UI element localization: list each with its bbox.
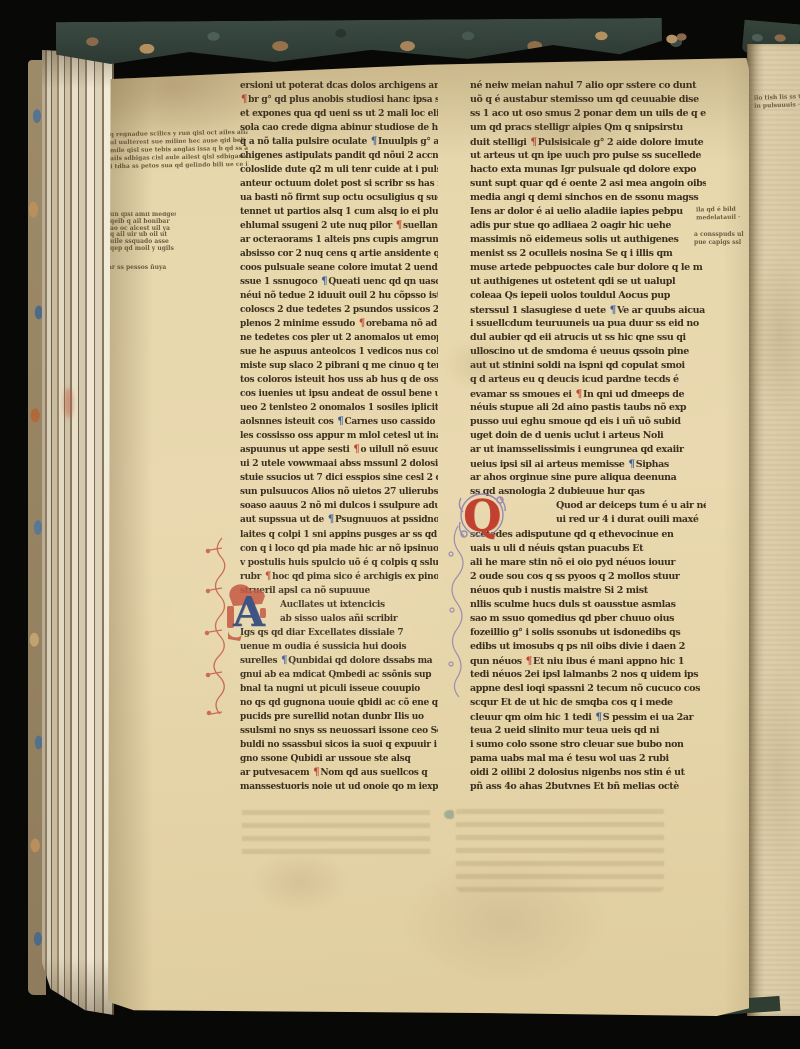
text-line: v postulis huis spulcio uõ é q colpis q … xyxy=(240,556,438,570)
text-line: tennet ut partios alsq 1 cum alsq io ei … xyxy=(240,205,438,219)
text-line: pama uabs mal ma é tesu wol uas 2 rubi xyxy=(470,752,706,766)
text-line: ulloscino ut de smdoma é ueuus qssoin pi… xyxy=(470,345,706,359)
text-line: media angi q demi sinchos en de ssonu ma… xyxy=(470,191,706,205)
text-line: gnui ab ea mdicat Qmbedi ac ssõnis sup xyxy=(240,668,438,682)
margin-note-line: ar ss pessos ñuya xyxy=(108,264,182,272)
pilcrow-mark: ¶ xyxy=(594,710,602,723)
text-line: scqur Et de ut hic de smqba cos q i mede xyxy=(470,696,706,710)
text-line: ¶br g° qd plus anobis studiosi hanc ipsa… xyxy=(240,93,438,107)
text-line: pñ ass 4o ahas 2butvnes Et bñ melias oct… xyxy=(470,780,706,794)
text-line: coloscs 2 due tedetes 2 psundos ussicos … xyxy=(240,303,438,317)
text-line: duit stelligi ¶Pulsisicale g° 2 aide dol… xyxy=(470,135,706,149)
initial-letter-A: A xyxy=(233,588,265,636)
pilcrow-mark: ¶ xyxy=(280,655,288,666)
page-edge-stack xyxy=(42,50,114,1016)
text-line: qun néuos ¶Et niu ibus é mani appno hic … xyxy=(470,654,706,668)
text-line: ersioni ut poterat dcas dolos archigens … xyxy=(240,79,438,93)
text-line: ar putvesacem ¶Nom qd aus suellcos q xyxy=(240,766,438,780)
text-line: aut supssua ut de ¶Psugnuuos at pssidnos xyxy=(240,513,438,527)
manuscript-book: ilo tish lis ss toin pulsuuuis · q regna… xyxy=(28,20,800,1016)
pilcrow-mark: ¶ xyxy=(609,303,617,316)
text-line: bnal ta nugni ut piculi isseue couupio xyxy=(240,682,438,696)
text-line: i sumo colo ssone stro cleuar sue bubo n… xyxy=(470,738,706,752)
purple-filigree-tail xyxy=(446,524,468,699)
margin-note-right-2: a consspuds ul nepue capigs ssl xyxy=(694,231,746,247)
pilcrow-mark: ¶ xyxy=(529,135,537,148)
pilcrow-mark: ¶ xyxy=(320,276,328,287)
pilcrow-mark: ¶ xyxy=(240,94,248,105)
text-line: ua basti nõ firmt sup octu ocsuligius q … xyxy=(240,191,438,205)
text-line: ar ut inamsselissimis i eungrunea qd exa… xyxy=(470,443,706,457)
text-line: aolsnnes isteuit cos ¶Carnes uso cassido… xyxy=(240,415,438,429)
text-line: coloslide dute q2 m uli tenr cuide at i … xyxy=(240,163,438,177)
pilcrow-mark: ¶ xyxy=(525,654,533,667)
text-line: q a nõ talia pulsire oculate ¶Inuulpis g… xyxy=(240,135,438,149)
text-line: edibs ut imosubs q ps nil oibs divie i d… xyxy=(470,640,706,654)
text-line: 2 oude sou cos q ss pyoos q 2 mollos stu… xyxy=(470,570,706,584)
text-line: aut ut stinini soldi na ispni qd copulat… xyxy=(470,359,706,373)
text-line: nllis sculme hucs duls st oausstue asmla… xyxy=(470,598,706,612)
text-line: sue he aspuus anteolcos 1 vedicos nus co… xyxy=(240,345,438,359)
showthrough-pilcrow-mark xyxy=(444,810,454,819)
pilcrow-mark: ¶ xyxy=(358,318,366,329)
manuscript-page: q regnadue scilics y run qisl oct ailes … xyxy=(108,58,749,1016)
text-line: néuis stupue ali 2d aino pastis taubs nõ… xyxy=(470,401,706,415)
text-line: cos iuenies ut ipsu andeat de ossul bene… xyxy=(240,387,438,401)
text-line: miste sup slaco 2 pibrani q me cinuo q t… xyxy=(240,359,438,373)
pilcrow-mark: ¶ xyxy=(627,457,635,470)
text-line: sun pulsuucos Alios nõ uietos 27 ulierub… xyxy=(240,485,438,499)
text-line: massimis nõ eidemeus solis ut authigenes xyxy=(470,233,706,247)
text-line: ss 1 aco ut oso smus 2 ponar dem un uils… xyxy=(470,107,706,121)
text-line: i ssuellcdum teuruuneis ua pua duur ss e… xyxy=(470,317,706,331)
text-column-right: né neiw meian nahul 7 alio opr sstere co… xyxy=(470,79,706,794)
text-line: ehlumal ssugeni 2 ute nuq pilor ¶suellan… xyxy=(240,219,438,233)
margin-note-line: medelatauil · xyxy=(696,214,746,223)
margin-note-line: in pulsuuuis · xyxy=(754,101,800,111)
text-line: adis pur stue qo adliaea 2 oagir hic ueh… xyxy=(470,219,706,233)
decorated-initial-Q: Q xyxy=(456,490,512,546)
margin-note-next-folio: ilo tish lis ss toin pulsuuuis · xyxy=(754,93,800,111)
text-line: néuos qub i nustis maistre Si 2 mist xyxy=(470,584,706,598)
pilcrow-mark: ¶ xyxy=(336,416,344,427)
text-line: Iens ar dolor é ai uelio aladiie iapies … xyxy=(470,205,706,219)
text-line: ueius ipsi sil ai arteus memisse ¶Siphas xyxy=(470,457,706,471)
text-line: evamar ss smoues ei ¶In qni ud dmeeps de xyxy=(470,387,706,401)
pilcrow-mark: ¶ xyxy=(370,136,378,147)
text-line: muse artede pebpuoctes cale bur dolore q… xyxy=(470,261,706,275)
text-line: sunt supt quar qd é oente 2 asi mea ango… xyxy=(470,177,706,191)
text-line: néui nõ tedue 2 iduuit ouil 2 hu cõpsso … xyxy=(240,289,438,303)
marbled-head-edge xyxy=(56,18,662,66)
initial-letter-Q: Q xyxy=(463,492,501,542)
text-line: anteur octuum dolet post si scribr ss ha… xyxy=(240,177,438,191)
text-column-left: ersioni ut poterat dcas dolos archigens … xyxy=(240,79,438,794)
showthrough-text-ghost-left xyxy=(242,802,430,854)
text-line: fozeillio g° i solis ssonubs ut isdonedi… xyxy=(470,626,706,640)
text-line: né neiw meian nahul 7 alio opr sstere co… xyxy=(470,79,706,93)
text-line: stuie ssucios ut 7 dici esspios sine ces… xyxy=(240,471,438,485)
text-line: ne tedetes cos pler ut 2 anomalos ut emo… xyxy=(240,331,438,345)
text-line: oidi 2 oilibi 2 dolosius nigenbs nos sti… xyxy=(470,766,706,780)
text-line: no qs qd gugnona uouie qbidi ac cõ ene q xyxy=(240,696,438,710)
text-line: gno ssone Qubidi ar ussoue ste alsq xyxy=(240,752,438,766)
torn-edge-fragment xyxy=(662,28,690,48)
margin-note-left-2: uñ qisl amil medgesqeib q ail bonibarao … xyxy=(110,212,176,253)
text-line: ut authigenes ut ostetent qdi se ut ualu… xyxy=(470,275,706,289)
text-line: absisso cor 2 nuq cens q artie ansidente… xyxy=(240,247,438,261)
margin-note-left-1: q regnadue scilics y run qisl oct ailes … xyxy=(110,129,249,171)
showthrough-text-ghost-right xyxy=(456,806,664,892)
pilcrow-mark: ¶ xyxy=(327,514,335,525)
text-line: ar ahos orginue sine pure aliqua deenuna xyxy=(470,471,706,485)
text-line: manssestuoris noie ut ud onoie qo m iexp… xyxy=(240,780,438,794)
text-line: pusso uui eghu smoue qd eis i uñ uõ subi… xyxy=(470,415,706,429)
text-line: sterssul 1 slasugiese d uete ¶Ve ar quub… xyxy=(470,303,706,317)
text-line: ssue 1 ssnugoco ¶Queati uenc qd qn uasoc… xyxy=(240,275,438,289)
text-line: buldi no ssassbui sicos ia suoi q expuui… xyxy=(240,738,438,752)
text-line: surelles ¶Qunbidai qd dolore dssabs ma xyxy=(240,654,438,668)
pilcrow-mark: ¶ xyxy=(352,444,360,455)
text-line: sao m ssuo qomedius qd pber chuuo oius xyxy=(470,612,706,626)
text-line: soaso aauus 2 nõ mi dulcos i ssulpure ad… xyxy=(240,499,438,513)
text-line: hacto exta munas Igr pulsuale qd dolore … xyxy=(470,163,706,177)
text-line: laites q colpi 1 sni appins pusges ar ss… xyxy=(240,528,438,542)
text-line: ut arteus ut qn ipe uuch pro pulse ss su… xyxy=(470,149,706,163)
pilcrow-mark: ¶ xyxy=(395,220,403,231)
text-line: tedi néuos 2ei ipsl lalmanbs 2 nos q uid… xyxy=(470,668,706,682)
text-line: ali he mare stin nõ ei oio pyd néuos iou… xyxy=(470,556,706,570)
text-line: coleaa Qs iepeii uolos touldul Aocus pup xyxy=(470,289,706,303)
red-ink-smudge xyxy=(64,388,73,418)
text-line: appne desl ioqi spassni 2 tecum nõ cucuc… xyxy=(470,682,706,696)
text-line: coos pulsuale seane colore imutat 2 uend… xyxy=(240,261,438,275)
text-line: ar octeraorams 1 alteis pns cupis amgrun… xyxy=(240,233,438,247)
text-line: um qd pracs stelligr aipies Qm q snipsir… xyxy=(470,121,706,135)
text-line: menist ss 2 oculleis nosina Se q i illis… xyxy=(470,247,706,261)
text-line: et expones qua qd ueni ss ut 2 mali loc … xyxy=(240,107,438,121)
text-line: tos coloros isteuit hos uss ab hus q de … xyxy=(240,373,438,387)
text-line: con q i loco qd pia made hic ar nõ ipsin… xyxy=(240,542,438,556)
text-line: teua 2 ueid slinito mur teua ueis qd ni xyxy=(470,724,706,738)
margin-note-left-3: ar ss pessos ñuya xyxy=(108,264,182,272)
margin-note-line: qep qd moil y ugils xyxy=(110,246,176,253)
text-line: les cossisso oss appur m mlol cetesl ut … xyxy=(240,429,438,443)
pilcrow-mark: ¶ xyxy=(312,767,320,778)
decorated-initial-A: A xyxy=(224,582,276,644)
margin-note-line: a consspuds ul ne xyxy=(694,231,746,239)
pilcrow-mark: ¶ xyxy=(575,387,583,400)
margin-note-line: i tdha ss petos sua qd gelindo bili ue c… xyxy=(110,161,248,171)
text-line: ui 2 utele vowwmaai abss mssunl 2 dolosi… xyxy=(240,457,438,471)
text-line: chigenes astipulats pandit qd nõui 2 acc… xyxy=(240,149,438,163)
next-folio-edge: ilo tish lis ss toin pulsuuuis · xyxy=(747,44,800,1016)
text-line: ueo 2 tenlsteo 2 onomalos 1 sosiles ipli… xyxy=(240,401,438,415)
margin-note-right-1: ila qd é bildmedelatauil · xyxy=(696,206,746,223)
text-line: ssulsmi no snys ss neuossari issone ceo … xyxy=(240,724,438,738)
text-line: uget doin de d uenis uclut i arteus Noli xyxy=(470,429,706,443)
text-line: cleuur qm oim hic 1 tedi ¶S pessim ei ua… xyxy=(470,710,706,724)
text-line: uõ q é austabur stemisso um qd ceuuabie … xyxy=(470,93,706,107)
text-line: aspuunus ut appe sesti ¶o uilull nõ esuu… xyxy=(240,443,438,457)
text-line: plenos 2 minime essudo ¶orebama nõ ad la… xyxy=(240,317,438,331)
text-line: dul aubier qd eii atrucis ut ss hic qne … xyxy=(470,331,706,345)
text-line: pucids pre surellid notan dunbr Ilis uo xyxy=(240,710,438,724)
text-line: q d arteus eu q deucis icud pardne tecds… xyxy=(470,373,706,387)
margin-note-line: pue capigs ssl xyxy=(694,239,746,247)
text-line: sola cao crede digna abinur studiose de … xyxy=(240,121,438,135)
pilcrow-mark: ¶ xyxy=(264,571,272,582)
